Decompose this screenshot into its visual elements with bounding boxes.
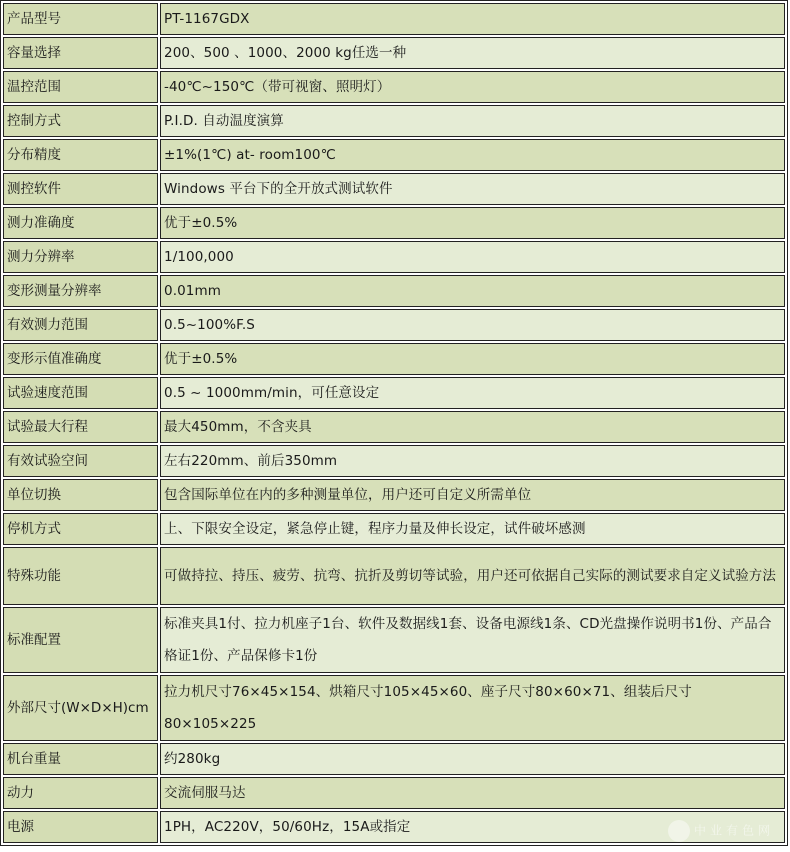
table-row: 变形测量分辨率 0.01mm xyxy=(3,275,785,307)
table-row: 停机方式 上、下限安全设定，紧急停止键，程序力量及伸长设定，试件破坏感测 xyxy=(3,513,785,545)
row-label: 动力 xyxy=(3,777,158,809)
table-row: 特殊功能 可做持拉、持压、疲劳、抗弯、抗折及剪切等试验，用户还可依据自己实际的测… xyxy=(3,547,785,605)
table-row: 机台重量 约280kg xyxy=(3,743,785,775)
row-label: 容量选择 xyxy=(3,37,158,69)
table-row: 标准配置 标准夹具1付、拉力机座子1台、软件及数据线1套、设备电源线1条、CD光… xyxy=(3,607,785,673)
table-row: 测力准确度 优于±0.5% xyxy=(3,207,785,239)
table-row: 温控范围 -40℃~150℃（带可视窗、照明灯） xyxy=(3,71,785,103)
row-value: P.I.D. 自动温度演算 xyxy=(160,105,785,137)
table-row: 控制方式 P.I.D. 自动温度演算 xyxy=(3,105,785,137)
row-label: 变形示值准确度 xyxy=(3,343,158,375)
row-value: 200、500 、1000、2000 kg任选一种 xyxy=(160,37,785,69)
row-label: 电源 xyxy=(3,811,158,843)
row-label: 测力准确度 xyxy=(3,207,158,239)
row-value: 左右220mm、前后350mm xyxy=(160,445,785,477)
row-label: 测力分辨率 xyxy=(3,241,158,273)
table-row: 有效试验空间 左右220mm、前后350mm xyxy=(3,445,785,477)
table-row: 产品型号 PT-1167GDX xyxy=(3,3,785,35)
row-label: 变形测量分辨率 xyxy=(3,275,158,307)
row-value: 1/100,000 xyxy=(160,241,785,273)
table-row: 试验速度范围 0.5 ~ 1000mm/min，可任意设定 xyxy=(3,377,785,409)
row-value: 0.5~100%F.S xyxy=(160,309,785,341)
row-label: 标准配置 xyxy=(3,607,158,673)
row-label: 机台重量 xyxy=(3,743,158,775)
row-value: 最大450mm，不含夹具 xyxy=(160,411,785,443)
row-value: 优于±0.5% xyxy=(160,343,785,375)
row-label: 有效测力范围 xyxy=(3,309,158,341)
spec-table: 产品型号 PT-1167GDX 容量选择 200、500 、1000、2000 … xyxy=(0,0,788,846)
row-label: 温控范围 xyxy=(3,71,158,103)
row-label: 单位切换 xyxy=(3,479,158,511)
row-value: 0.01mm xyxy=(160,275,785,307)
row-value: 优于±0.5% xyxy=(160,207,785,239)
table-row: 试验最大行程 最大450mm，不含夹具 xyxy=(3,411,785,443)
table-row: 单位切换 包含国际单位在内的多种测量单位，用户还可自定义所需单位 xyxy=(3,479,785,511)
table-row: 变形示值准确度 优于±0.5% xyxy=(3,343,785,375)
row-label: 产品型号 xyxy=(3,3,158,35)
row-value: PT-1167GDX xyxy=(160,3,785,35)
row-label: 试验最大行程 xyxy=(3,411,158,443)
row-value: 交流伺服马达 xyxy=(160,777,785,809)
row-label: 停机方式 xyxy=(3,513,158,545)
row-value: 0.5 ~ 1000mm/min，可任意设定 xyxy=(160,377,785,409)
row-label: 外部尺寸(W×D×H)cm xyxy=(3,675,158,741)
table-row: 分布精度 ±1%(1℃) at- room100℃ xyxy=(3,139,785,171)
table-row: 有效测力范围 0.5~100%F.S xyxy=(3,309,785,341)
row-value: 上、下限安全设定，紧急停止键，程序力量及伸长设定，试件破坏感测 xyxy=(160,513,785,545)
table-row: 测力分辨率 1/100,000 xyxy=(3,241,785,273)
table-row: 测控软件 Windows 平台下的全开放式测试软件 xyxy=(3,173,785,205)
row-value: -40℃~150℃（带可视窗、照明灯） xyxy=(160,71,785,103)
row-value: 拉力机尺寸76×45×154、烘箱尺寸105×45×60、座子尺寸80×60×7… xyxy=(160,675,785,741)
row-value: 约280kg xyxy=(160,743,785,775)
row-label: 特殊功能 xyxy=(3,547,158,605)
row-value: 包含国际单位在内的多种测量单位，用户还可自定义所需单位 xyxy=(160,479,785,511)
row-label: 测控软件 xyxy=(3,173,158,205)
row-value: ±1%(1℃) at- room100℃ xyxy=(160,139,785,171)
row-value: Windows 平台下的全开放式测试软件 xyxy=(160,173,785,205)
row-value: 1PH，AC220V，50/60Hz，15A或指定 xyxy=(160,811,785,843)
row-label: 试验速度范围 xyxy=(3,377,158,409)
table-row: 电源 1PH，AC220V，50/60Hz，15A或指定 xyxy=(3,811,785,843)
table-row: 动力 交流伺服马达 xyxy=(3,777,785,809)
row-label: 分布精度 xyxy=(3,139,158,171)
row-label: 有效试验空间 xyxy=(3,445,158,477)
table-row: 容量选择 200、500 、1000、2000 kg任选一种 xyxy=(3,37,785,69)
row-label: 控制方式 xyxy=(3,105,158,137)
table-row: 外部尺寸(W×D×H)cm 拉力机尺寸76×45×154、烘箱尺寸105×45×… xyxy=(3,675,785,741)
row-value: 标准夹具1付、拉力机座子1台、软件及数据线1套、设备电源线1条、CD光盘操作说明… xyxy=(160,607,785,673)
row-value: 可做持拉、持压、疲劳、抗弯、抗折及剪切等试验，用户还可依据自己实际的测试要求自定… xyxy=(160,547,785,605)
